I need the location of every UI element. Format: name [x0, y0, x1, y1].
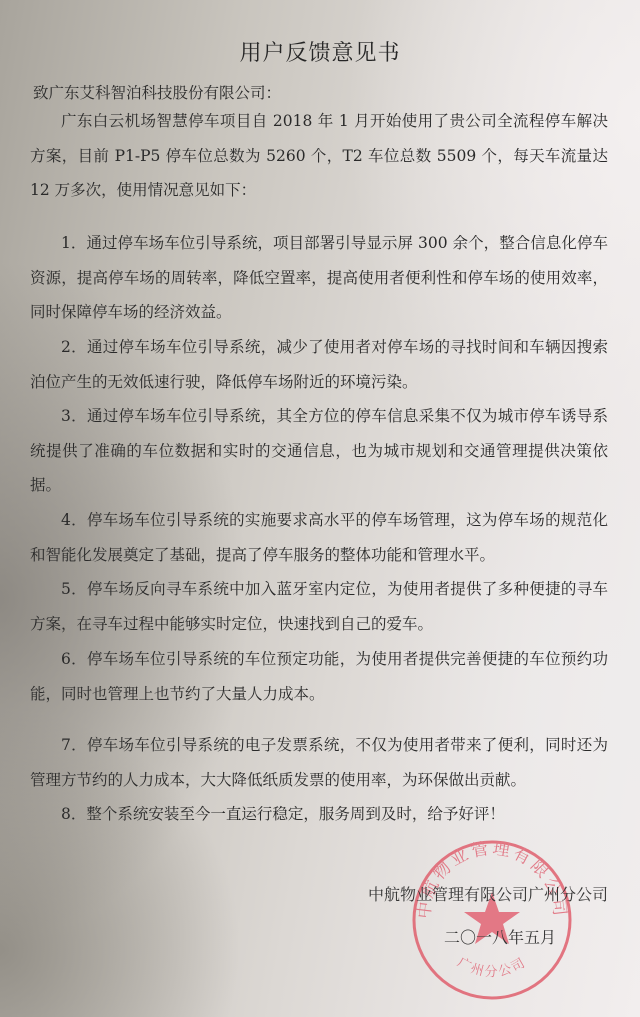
- document-title: 用户反馈意见书: [0, 36, 640, 67]
- feedback-item-5: 5．停车场反向寻车系统中加入蓝牙室内定位，为使用者提供了多种便捷的寻车方案，在寻…: [30, 572, 608, 641]
- feedback-item-4: 4．停车场车位引导系统的实施要求高水平的停车场管理，这为停车场的规范化和智能化发…: [30, 503, 608, 572]
- document-page: 用户反馈意见书 致广东艾科智泊科技股份有限公司： 广东白云机场智慧停车项目自 2…: [0, 0, 640, 1017]
- signature-date: 二〇一八年五月: [444, 925, 556, 948]
- feedback-item-8: 8．整个系统安装至今一直运行稳定，服务周到及时，给予好评！: [30, 797, 608, 832]
- feedback-item-1: 1．通过停车场车位引导系统，项目部署引导显示屏 300 余个，整合信息化停车资源…: [30, 226, 608, 330]
- stamp-bottom-text: 广州分公司: [455, 955, 530, 980]
- feedback-item-2: 2．通过停车场车位引导系统，减少了使用者对停车场的寻找时间和车辆因搜索泊位产生的…: [30, 330, 608, 399]
- salutation: 致广东艾科智泊科技股份有限公司：: [33, 81, 281, 103]
- feedback-item-6: 6．停车场车位引导系统的车位预定功能，为使用者提供完善便捷的车位预约功能，同时也…: [30, 642, 608, 711]
- feedback-item-7: 7．停车场车位引导系统的电子发票系统，不仅为使用者带来了便利，同时还为管理方节约…: [30, 728, 608, 797]
- signature-company: 中航物业管理有限公司广州分公司: [368, 882, 608, 905]
- company-seal-icon: 中航物业管理有限公司 广州分公司: [410, 838, 574, 1002]
- feedback-item-3: 3．通过停车场车位引导系统，其全方位的停车信息采集不仅为城市停车诱导系统提供了准…: [30, 399, 608, 503]
- svg-text:广州分公司: 广州分公司: [455, 955, 530, 980]
- intro-paragraph: 广东白云机场智慧停车项目自 2018 年 1 月开始使用了贵公司全流程停车解决方…: [30, 104, 608, 208]
